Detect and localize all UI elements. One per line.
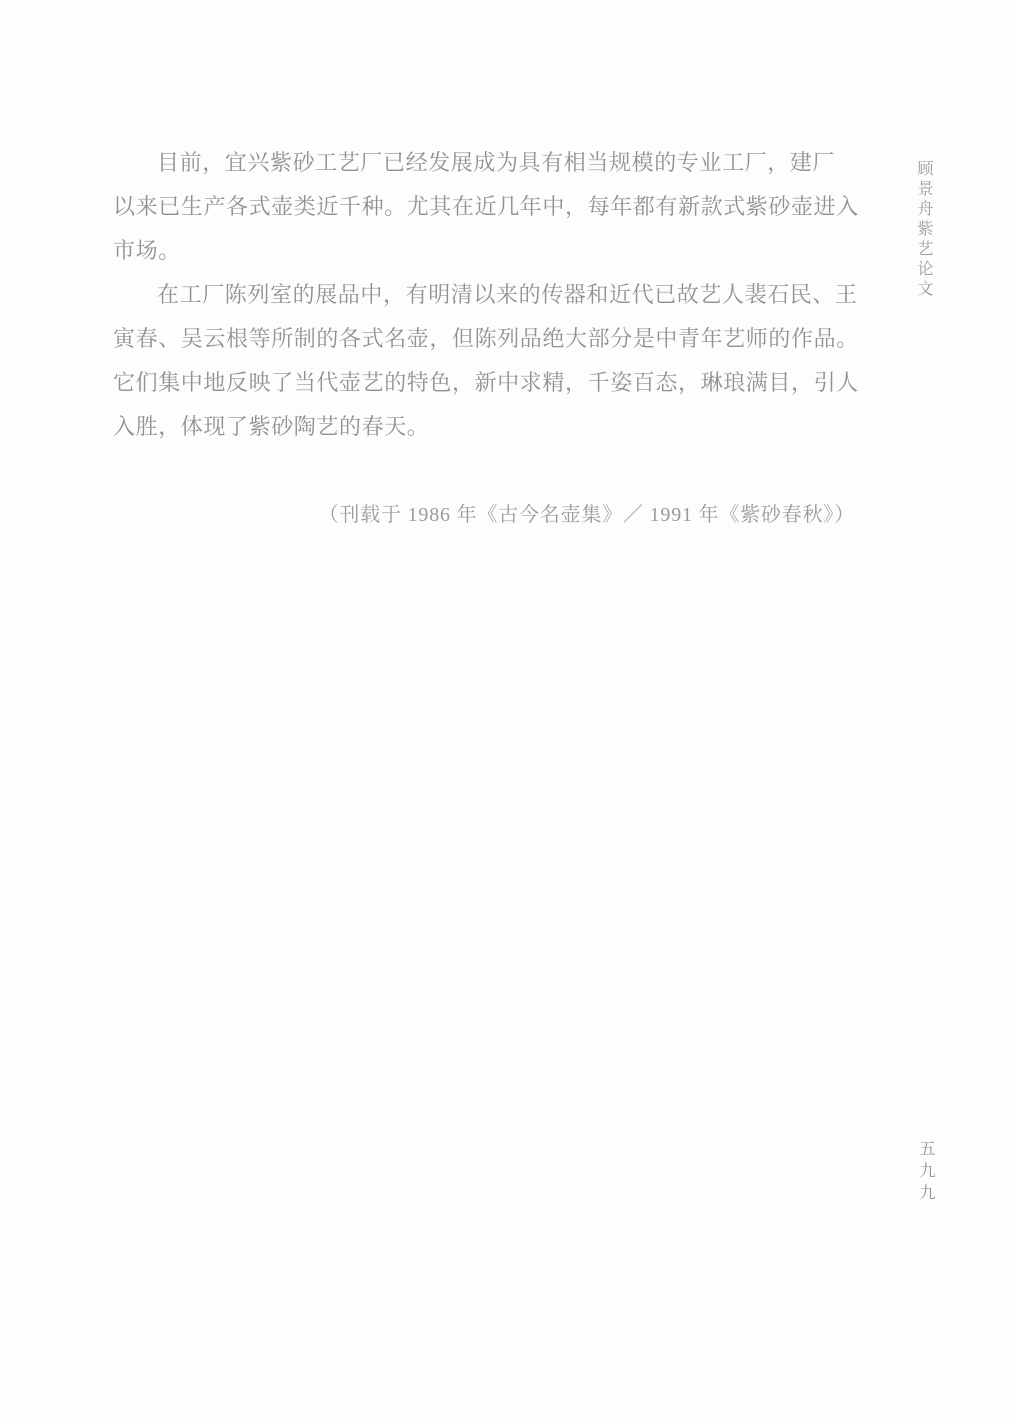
running-title-vertical: 顾景舟紫艺论文 xyxy=(912,160,935,300)
scanned-book-page: 目前，宜兴紫砂工艺厂已经发展成为具有相当规模的专业工厂，建厂 以来已生产各式壶类… xyxy=(0,0,1016,1424)
text-line: 目前，宜兴紫砂工艺厂已经发展成为具有相当规模的专业工厂，建厂 xyxy=(113,141,873,185)
text-line: 它们集中地反映了当代壶艺的特色，新中求精，千姿百态，琳琅满目，引人 xyxy=(113,361,873,405)
paragraph-1: 目前，宜兴紫砂工艺厂已经发展成为具有相当规模的专业工厂，建厂 以来已生产各式壶类… xyxy=(113,141,873,273)
text-line: 入胜，体现了紫砂陶艺的春天。 xyxy=(113,405,873,449)
text-line: 在工厂陈列室的展品中，有明清以来的传器和近代已故艺人裴石民、王 xyxy=(113,273,873,317)
page-number-vertical: 五九九 xyxy=(914,1140,937,1206)
citation-line: （刊载于 1986 年《古今名壶集》／ 1991 年《紫砂春秋》） xyxy=(113,493,855,537)
text-line: 寅春、吴云根等所制的各式名壶，但陈列品绝大部分是中青年艺师的作品。 xyxy=(113,317,873,361)
text-line: 以来已生产各式壶类近千种。尤其在近几年中，每年都有新款式紫砂壶进入 xyxy=(113,185,873,229)
article-body: 目前，宜兴紫砂工艺厂已经发展成为具有相当规模的专业工厂，建厂 以来已生产各式壶类… xyxy=(113,141,873,449)
paragraph-2: 在工厂陈列室的展品中，有明清以来的传器和近代已故艺人裴石民、王 寅春、吴云根等所… xyxy=(113,273,873,449)
text-line: 市场。 xyxy=(113,229,873,273)
